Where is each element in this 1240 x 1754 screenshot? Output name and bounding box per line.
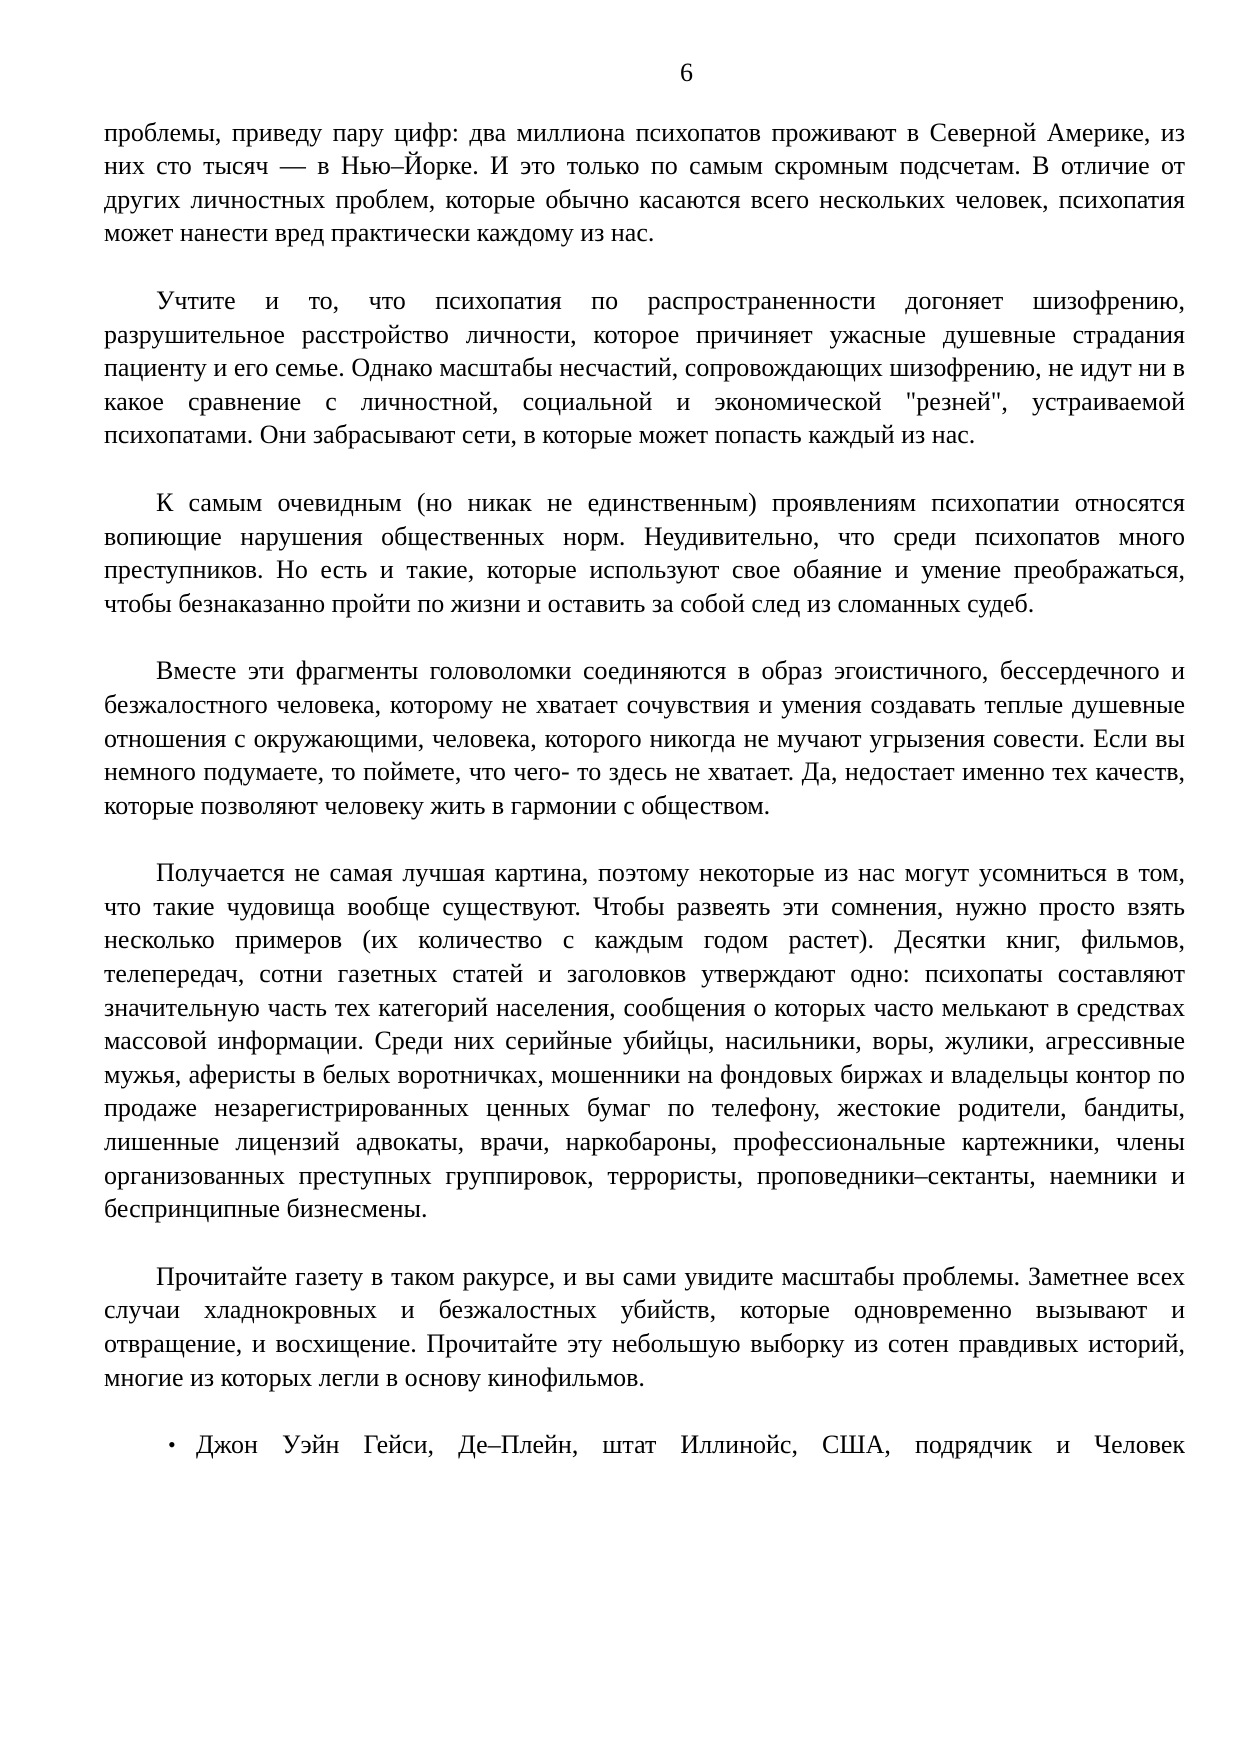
paragraph-manifestations: К самым очевидным (но никак не единствен…	[104, 486, 1185, 620]
bullet-text: Джон Уэйн Гейси, Де–Плейн, штат Иллинойс…	[196, 1428, 1185, 1462]
page-number: 6	[146, 56, 1227, 90]
paragraph-newspaper: Прочитайте газету в таком ракурсе, и вы …	[104, 1260, 1185, 1394]
bullet-icon: •	[168, 1428, 196, 1462]
paragraph-puzzle-portrait: Вместе эти фрагменты головоломки соединя…	[104, 654, 1185, 822]
document-page: 6 проблемы, приведу пару цифр: два милли…	[0, 0, 1240, 1754]
paragraph-examples: Получается не самая лучшая картина, поэт…	[104, 856, 1185, 1226]
list-item: • Джон Уэйн Гейси, Де–Плейн, штат Иллино…	[168, 1428, 1185, 1462]
paragraph-continuation: проблемы, приведу пару цифр: два миллион…	[104, 116, 1185, 250]
paragraph-prevalence: Учтите и то, что психопатия по распростр…	[104, 284, 1185, 452]
